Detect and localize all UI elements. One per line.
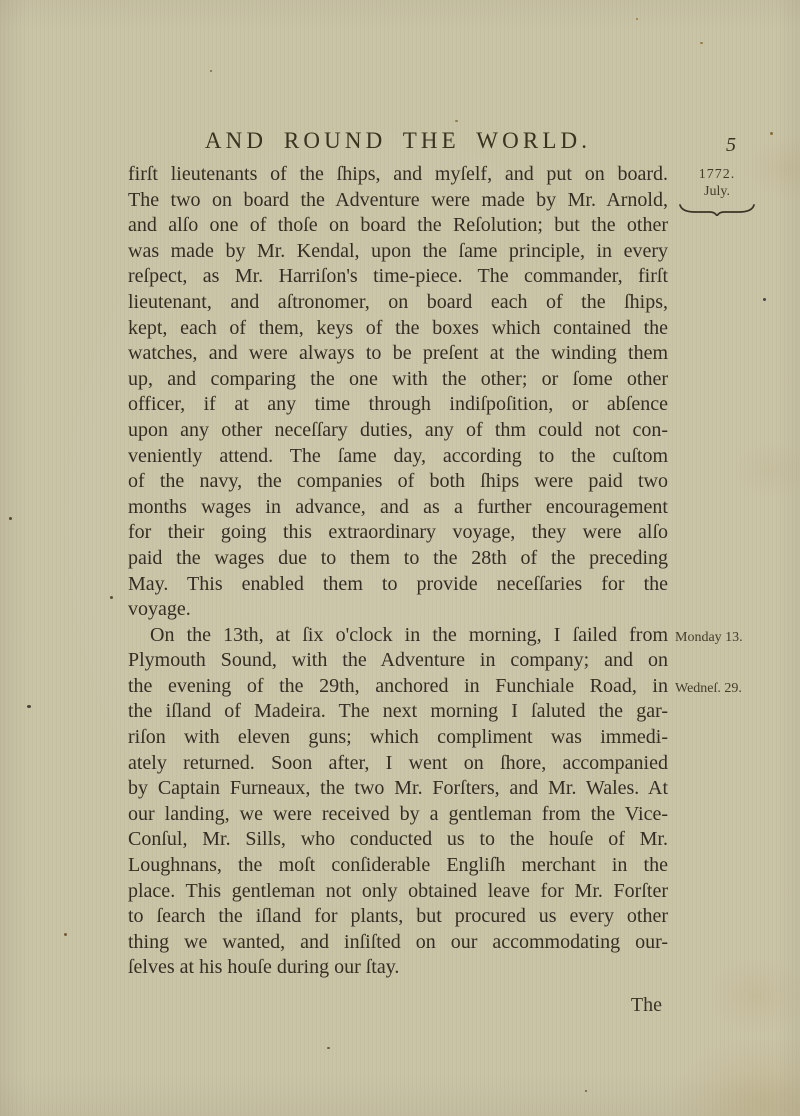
text-line: firſt lieutenants of the ſhips, and myſe… xyxy=(128,162,668,188)
text-line: our landing, we were received by a gentl… xyxy=(128,802,668,828)
margin-date-note: 1772. July. xyxy=(672,166,762,221)
book-page: AND ROUND THE WORLD. 5 1772. July. Monda… xyxy=(0,0,800,1116)
text-line: veniently attend. The ſame day, accordin… xyxy=(128,444,668,470)
margin-year: 1772. xyxy=(672,166,762,183)
text-line: up, and comparing the one with the other… xyxy=(128,367,668,393)
text-line: officer, if at any time through indiſpoſ… xyxy=(128,392,668,418)
text-line: for their going this extraordinary voyag… xyxy=(128,520,668,546)
margin-month: July. xyxy=(672,183,762,200)
paper-speck xyxy=(9,517,12,520)
text-line: place. This gentleman not only obtained … xyxy=(128,879,668,905)
text-line: the evening of the 29th, anchored in Fun… xyxy=(128,674,668,700)
paper-speck xyxy=(210,70,212,72)
margin-note-monday: Monday 13. xyxy=(675,630,785,646)
paper-speck xyxy=(763,298,766,301)
text-line: watches, and were always to be preſent a… xyxy=(128,341,668,367)
paper-speck xyxy=(64,933,67,936)
text-line: months wages in advance, and as a furthe… xyxy=(128,495,668,521)
margin-brace-icon xyxy=(672,202,762,221)
body-text: firſt lieutenants of the ſhips, and myſe… xyxy=(128,162,668,981)
text-line: upon any other neceſſary duties, any of … xyxy=(128,418,668,444)
text-line: ſelves at his houſe during our ſtay. xyxy=(128,955,668,981)
text-line: The two on board the Adventure were made… xyxy=(128,188,668,214)
text-line: riſon with eleven guns; which compliment… xyxy=(128,725,668,751)
text-line: On the 13th, at ſix o'clock in the morni… xyxy=(128,623,668,649)
running-title: AND ROUND THE WORLD. xyxy=(128,128,668,154)
paper-speck xyxy=(327,1047,330,1049)
text-line: Plymouth Sound, with the Adventure in co… xyxy=(128,648,668,674)
paper-speck xyxy=(636,18,638,20)
catchword: The xyxy=(128,994,662,1017)
text-line: was made by Mr. Kendal, upon the ſame pr… xyxy=(128,239,668,265)
paper-speck xyxy=(27,705,31,708)
paper-speck xyxy=(585,1090,587,1092)
text-line: by Captain Furneaux, the two Mr. Forſter… xyxy=(128,776,668,802)
page-number: 5 xyxy=(726,134,756,157)
text-line: Conſul, Mr. Sills, who conducted us to t… xyxy=(128,827,668,853)
paper-speck xyxy=(770,132,773,135)
text-line: paid the wages due to them to the 28th o… xyxy=(128,546,668,572)
text-line: of the navy, the companies of both ſhips… xyxy=(128,469,668,495)
text-line: kept, each of them, keys of the boxes wh… xyxy=(128,316,668,342)
text-line: thing we wanted, and inſiſted on our acc… xyxy=(128,930,668,956)
paper-speck xyxy=(700,42,703,44)
text-line: lieutenant, and aſtronomer, on board eac… xyxy=(128,290,668,316)
text-line: May. This enabled them to provide neceſſ… xyxy=(128,572,668,598)
text-line: Loughnans, the moſt conſiderable Engliſh… xyxy=(128,853,668,879)
text-line: and alſo one of thoſe on board the Reſol… xyxy=(128,213,668,239)
text-line: to ſearch the iſland for plants, but pro… xyxy=(128,904,668,930)
text-line: ately returned. Soon after, I went on ſh… xyxy=(128,751,668,777)
text-line: reſpect, as Mr. Harriſon's time-piece. T… xyxy=(128,264,668,290)
paper-speck xyxy=(110,596,113,599)
text-line: voyage. xyxy=(128,597,668,623)
text-line: the iſland of Madeira. The next morning … xyxy=(128,699,668,725)
margin-note-wednesday: Wedneſ. 29. xyxy=(675,681,785,697)
paper-speck xyxy=(455,120,458,122)
